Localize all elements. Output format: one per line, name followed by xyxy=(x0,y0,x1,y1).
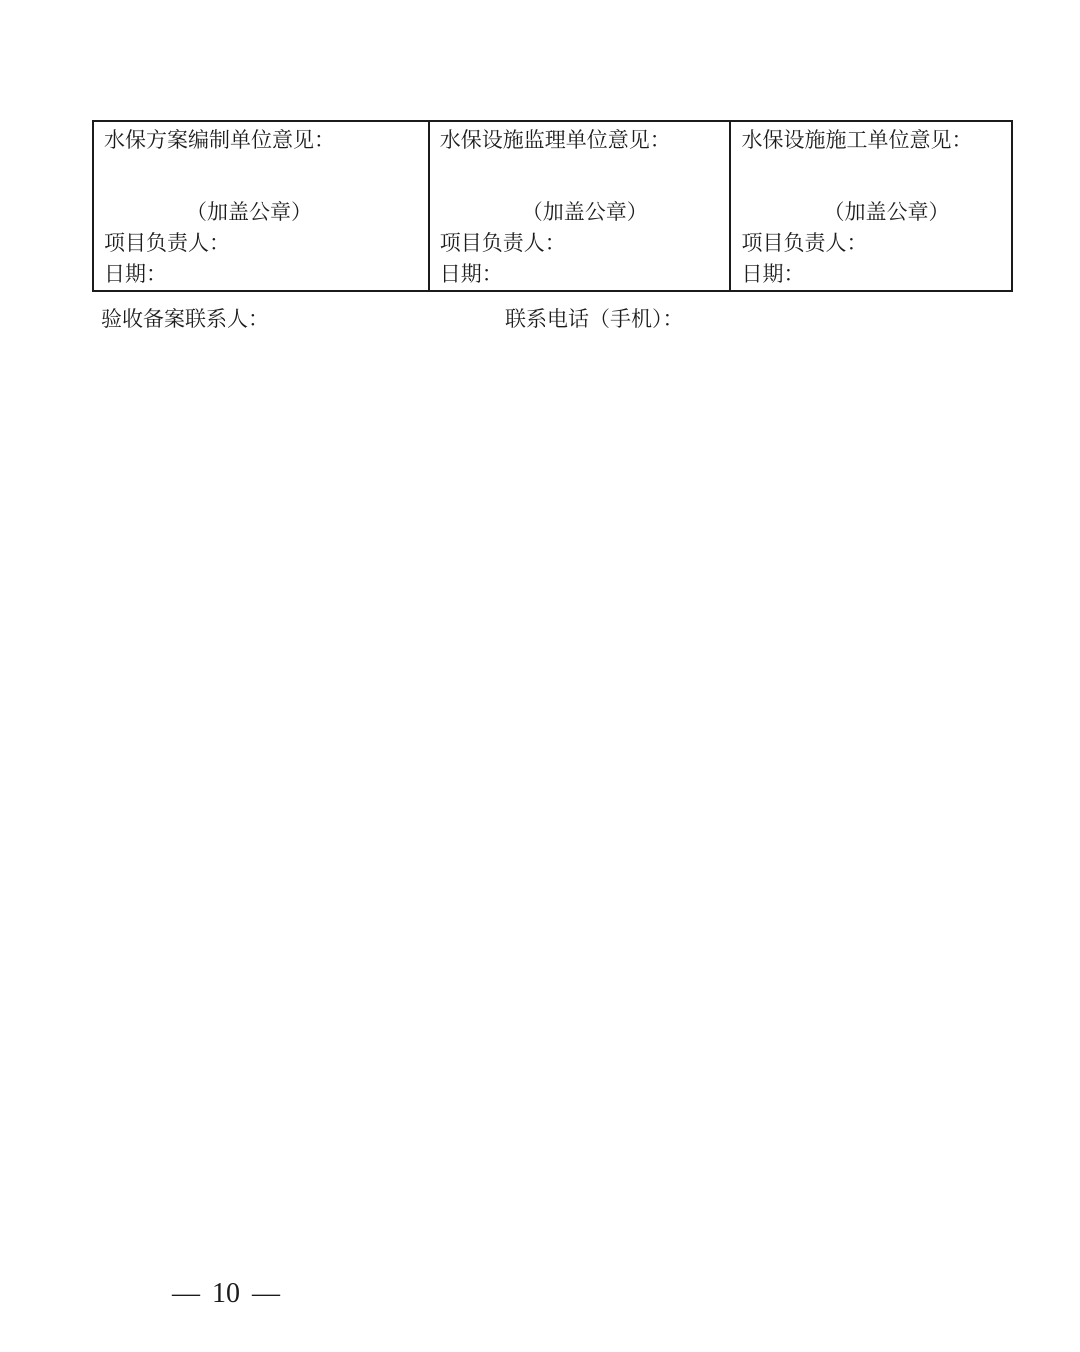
contact-phone-label: 联系电话（手机）： xyxy=(505,306,684,332)
review-opinion-table: 水保方案编制单位意见： （加盖公章） 项目负责人： 日期： 水保设施监理单位意见… xyxy=(92,120,1013,292)
cell-title: 水保方案编制单位意见： xyxy=(104,127,418,153)
opinion-cell-construction: 水保设施施工单位意见： （加盖公章） 项目负责人： 日期： xyxy=(729,122,1011,290)
footer-dash-left: — xyxy=(172,1278,200,1310)
page-footer: — 10 — xyxy=(172,1278,280,1310)
contact-person-label: 验收备案联系人： xyxy=(101,306,269,332)
project-leader-line: 项目负责人： xyxy=(440,228,720,259)
cell-title: 水保设施施工单位意见： xyxy=(741,127,1001,153)
project-leader-line: 项目负责人： xyxy=(741,228,1001,259)
seal-note: （加盖公章） xyxy=(741,197,1001,228)
date-line: 日期： xyxy=(104,259,418,290)
contact-line: 验收备案联系人： 联系电话（手机）： xyxy=(0,306,1080,336)
date-line: 日期： xyxy=(440,259,720,290)
project-leader-line: 项目负责人： xyxy=(104,228,418,259)
cell-title: 水保设施监理单位意见： xyxy=(440,127,720,153)
date-line: 日期： xyxy=(741,259,1001,290)
footer-dash-right: — xyxy=(252,1278,280,1310)
document-page: 水保方案编制单位意见： （加盖公章） 项目负责人： 日期： 水保设施监理单位意见… xyxy=(0,0,1080,1352)
opinion-cell-plan-compiler: 水保方案编制单位意见： （加盖公章） 项目负责人： 日期： xyxy=(94,122,428,290)
opinion-cell-supervision: 水保设施监理单位意见： （加盖公章） 项目负责人： 日期： xyxy=(428,122,730,290)
page-number: 10 xyxy=(212,1278,240,1310)
seal-note: （加盖公章） xyxy=(104,197,418,228)
seal-note: （加盖公章） xyxy=(440,197,720,228)
